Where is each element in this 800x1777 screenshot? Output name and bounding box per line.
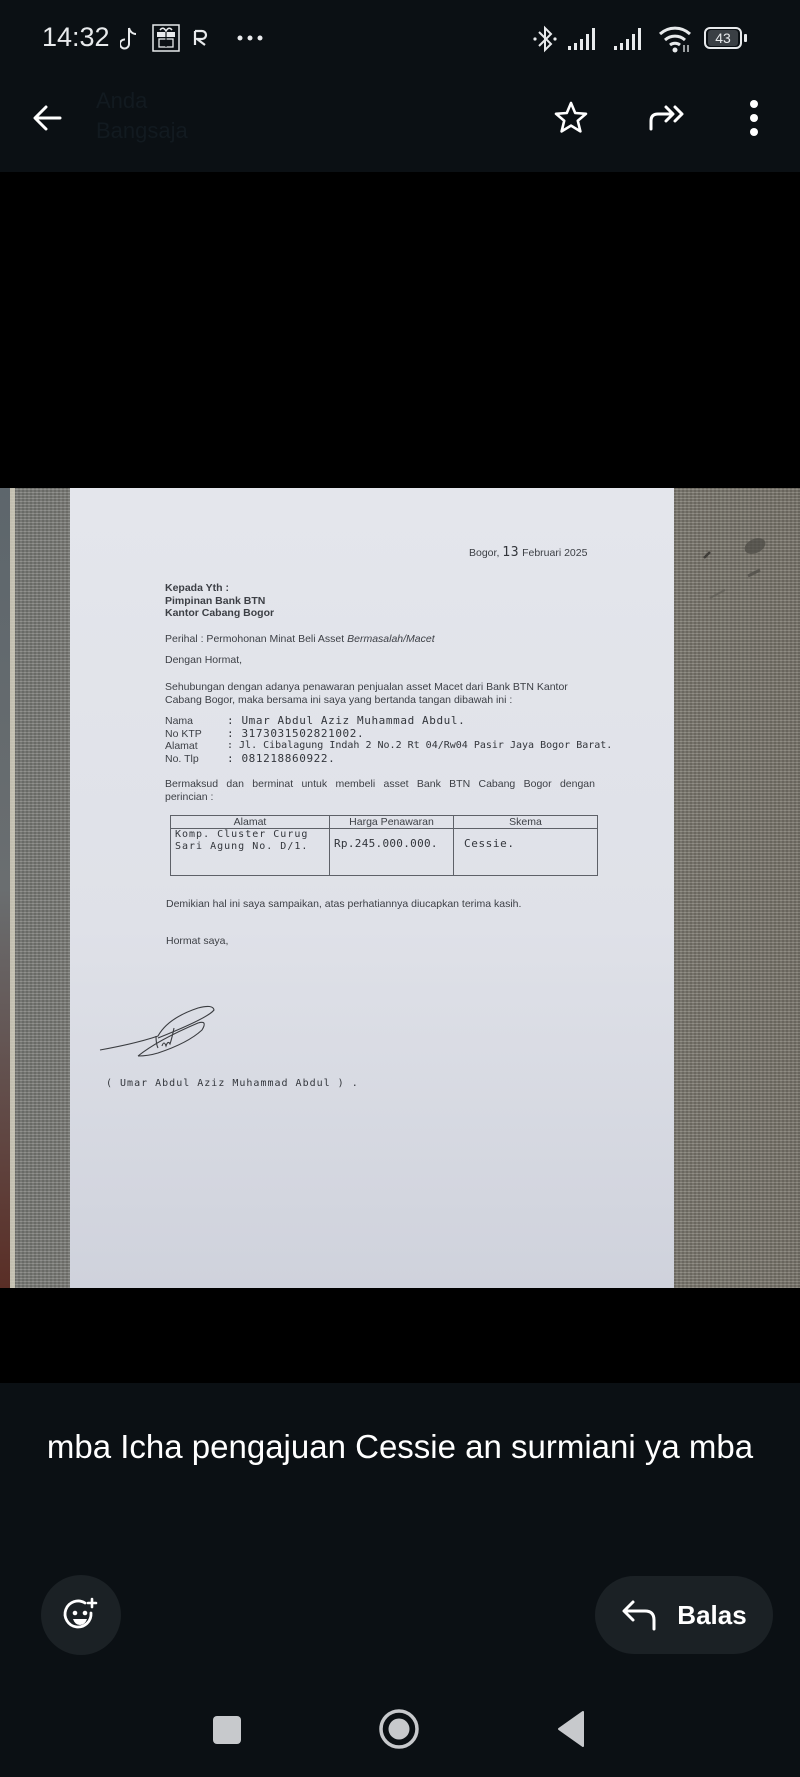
- fabric-edge: [10, 488, 15, 1288]
- table-cell-alamat: Komp. Cluster Curug Sari Agung No. D/1.: [171, 829, 330, 876]
- date-place: Bogor,: [469, 547, 499, 559]
- document-photo[interactable]: Bogor, 13 Februari 2025 Kepada Yth : Pim…: [0, 488, 800, 1288]
- field-label: No. Tlp: [165, 753, 227, 766]
- battery-tip: [744, 34, 747, 42]
- offer-table: Alamat Harga Penawaran Skema Komp. Clust…: [170, 815, 598, 876]
- fabric-smudges: [690, 518, 800, 638]
- top-app-bar: Anda Bangsaja: [0, 78, 800, 172]
- table-cell-skema: Cessie.: [454, 829, 598, 876]
- field-value: : Umar Abdul Aziz Muhammad Abdul.: [227, 715, 465, 728]
- emoji-add-icon: [61, 1595, 101, 1635]
- letter-greeting: Dengan Hormat,: [165, 654, 242, 667]
- table-header: Skema: [454, 816, 598, 829]
- field-value: : Jl. Cibalagung Indah 2 No.2 Rt 04/Rw04…: [227, 740, 612, 753]
- field-label: Nama: [165, 715, 227, 728]
- more-options-button[interactable]: [728, 92, 780, 144]
- forward-icon: [646, 101, 690, 135]
- wifi-icon: [658, 25, 692, 53]
- more-vertical-icon: [748, 99, 760, 137]
- signatory-name: ( Umar Abdul Aziz Muhammad Abdul ) .: [106, 1078, 359, 1091]
- letter-paper: Bogor, 13 Februari 2025 Kepada Yth : Pim…: [70, 488, 674, 1288]
- bluetooth-icon: [532, 24, 558, 54]
- signal-sim2-icon: [614, 27, 642, 51]
- table-cell-harga: Rp.245.000.000.: [330, 829, 454, 876]
- field-value: : 081218860922.: [227, 753, 335, 766]
- caption-text: mba Icha pengajuan Cessie an surmiani ya…: [40, 1425, 760, 1469]
- letter-purpose: Bermaksud dan berminat untuk membeli ass…: [165, 778, 595, 803]
- date-month-year: Februari 2025: [522, 547, 587, 559]
- battery-indicator: 43: [704, 27, 742, 49]
- reply-button[interactable]: Balas: [595, 1576, 773, 1654]
- field-value: : 3173031502821002.: [227, 728, 364, 741]
- home-button[interactable]: [378, 1708, 420, 1750]
- faded-title-line1: Anda: [96, 86, 188, 116]
- letter-recipient: Kepada Yth : Pimpinan Bank BTN Kantor Ca…: [165, 582, 274, 620]
- letter-closing: Demikian hal ini saya sampaikan, atas pe…: [166, 898, 521, 911]
- recipient-line: Kepada Yth :: [165, 582, 274, 595]
- tiktok-icon: [120, 26, 138, 52]
- back-nav-button[interactable]: [556, 1710, 586, 1748]
- intro-line: Sehubungan dengan adanya penawaran penju…: [165, 681, 568, 694]
- system-nav-bar: [0, 1690, 800, 1777]
- intro-line: Cabang Bogor, maka bersama ini saya yang…: [165, 694, 568, 707]
- subject-prefix: Perihal : Permohonan Minat Beli Asset: [165, 633, 347, 645]
- letter-subject: Perihal : Permohonan Minat Beli Asset Be…: [165, 633, 435, 646]
- signature-drawing: [98, 998, 238, 1068]
- star-icon: [552, 99, 590, 137]
- forward-button[interactable]: [642, 92, 694, 144]
- media-viewer[interactable]: Bogor, 13 Februari 2025 Kepada Yth : Pim…: [0, 172, 800, 1383]
- arrow-left-icon: [30, 100, 66, 136]
- purpose-line: perincian :: [165, 791, 595, 804]
- letter-date: Bogor, 13 Februari 2025: [469, 547, 587, 560]
- photo-left-strip: [0, 488, 10, 1288]
- more-notifications-icon: [236, 34, 266, 42]
- applicant-fields: Nama : Umar Abdul Aziz Muhammad Abdul. N…: [165, 715, 612, 765]
- star-button[interactable]: [545, 92, 597, 144]
- faded-title-line2: Bangsaja: [96, 116, 188, 146]
- r-app-icon: [192, 28, 212, 48]
- date-day: 13: [502, 545, 519, 560]
- recent-apps-button[interactable]: [212, 1714, 242, 1746]
- table-header: Alamat: [171, 816, 330, 829]
- reply-label: Balas: [677, 1600, 746, 1631]
- status-time: 14:32: [42, 22, 110, 53]
- field-row-alamat: Alamat : Jl. Cibalagung Indah 2 No.2 Rt …: [165, 740, 612, 753]
- purpose-line: Bermaksud dan berminat untuk membeli ass…: [165, 778, 595, 791]
- field-label: No KTP: [165, 728, 227, 741]
- field-row-ktp: No KTP : 3173031502821002.: [165, 728, 612, 741]
- status-bar: 14:32 43: [0, 0, 800, 78]
- gift-app-icon: [152, 24, 180, 52]
- recipient-line: Kantor Cabang Bogor: [165, 607, 274, 620]
- recipient-line: Pimpinan Bank BTN: [165, 595, 274, 608]
- letter-intro: Sehubungan dengan adanya penawaran penju…: [165, 681, 568, 706]
- reply-arrow-icon: [621, 1599, 659, 1631]
- field-label: Alamat: [165, 740, 227, 753]
- field-row-tlp: No. Tlp : 081218860922.: [165, 753, 612, 766]
- faded-sender-title: Anda Bangsaja: [96, 86, 188, 146]
- add-reaction-button[interactable]: [41, 1575, 121, 1655]
- signal-sim1-icon: [568, 27, 596, 51]
- table-header-row: Alamat Harga Penawaran Skema: [171, 816, 598, 829]
- battery-level: 43: [708, 30, 738, 46]
- letter-sign-off: Hormat saya,: [166, 935, 228, 948]
- field-row-nama: Nama : Umar Abdul Aziz Muhammad Abdul.: [165, 715, 612, 728]
- subject-italic: Bermasalah/Macet: [347, 633, 435, 645]
- back-button[interactable]: [22, 92, 74, 144]
- message-caption: mba Icha pengajuan Cessie an surmiani ya…: [0, 1383, 800, 1523]
- table-header: Harga Penawaran: [330, 816, 454, 829]
- table-row: Komp. Cluster Curug Sari Agung No. D/1. …: [171, 829, 598, 876]
